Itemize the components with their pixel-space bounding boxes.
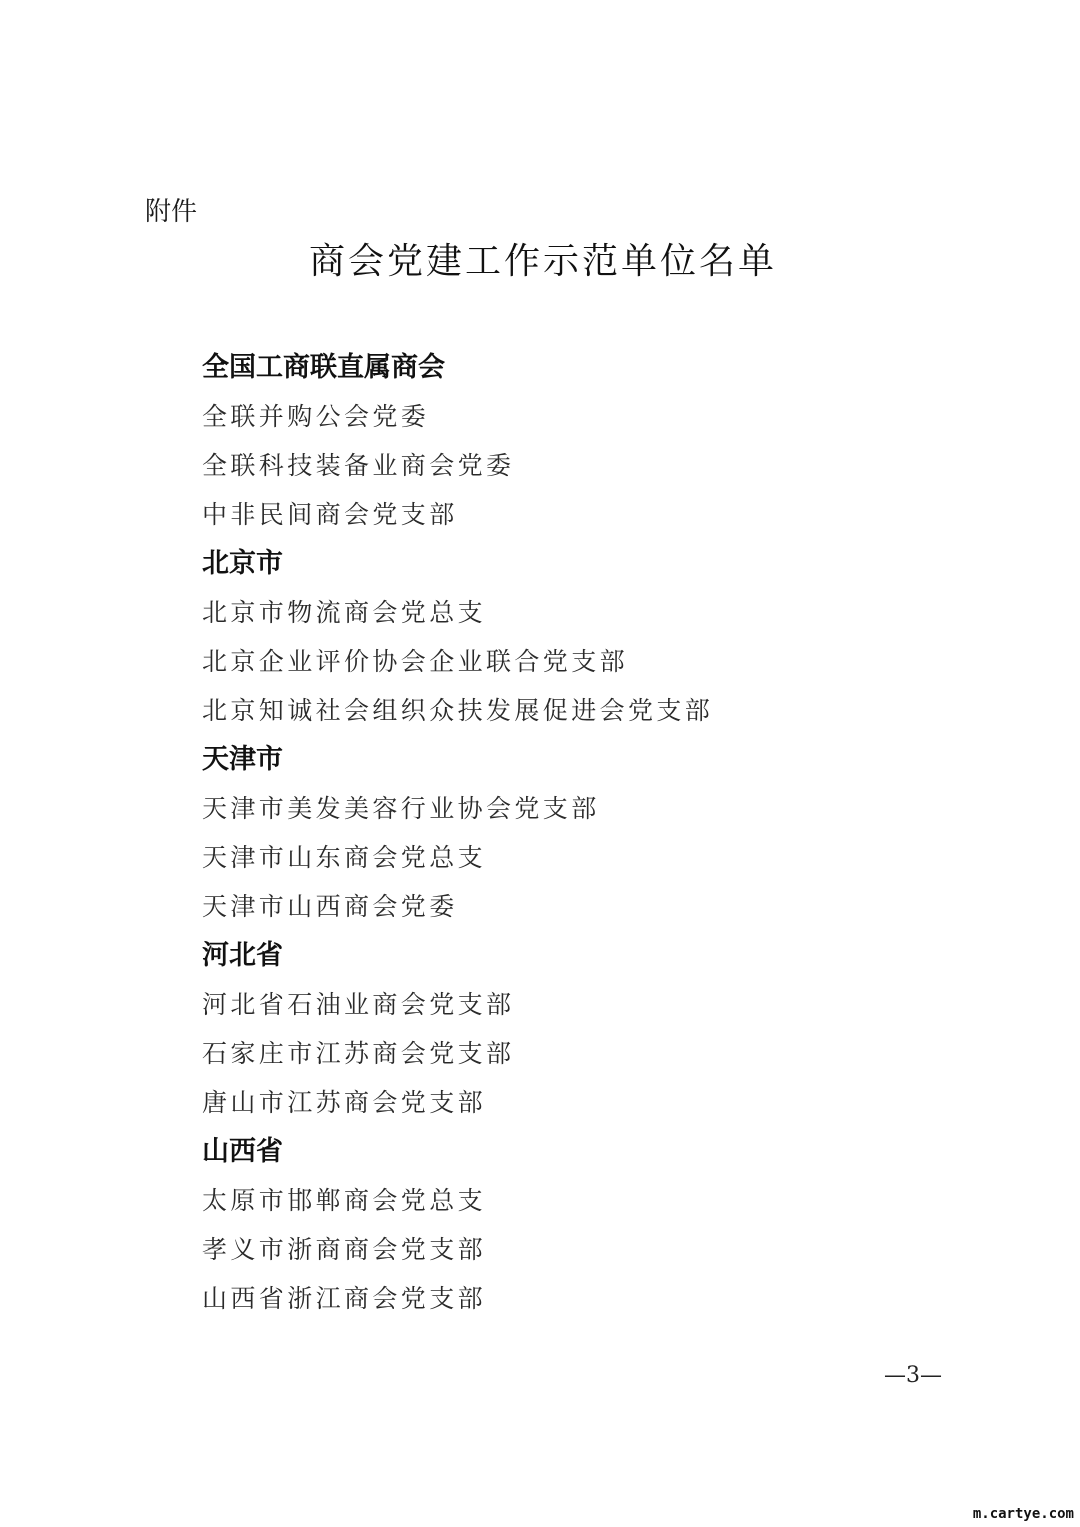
list-item: 北京市物流商会党总支 [202,588,713,637]
list-item: 唐山市江苏商会党支部 [202,1078,713,1127]
list-item: 北京企业评价协会企业联合党支部 [202,637,713,686]
list-item: 全联并购公会党委 [202,392,713,441]
list-item: 河北省石油业商会党支部 [202,980,713,1029]
watermark: m.cartye.com [973,1505,1074,1523]
list-item: 北京知诚社会组织众扶发展促进会党支部 [202,686,713,735]
list-item: 天津市美发美容行业协会党支部 [202,784,713,833]
group-heading-hebei: 河北省 [202,931,713,980]
list-item: 天津市山西商会党委 [202,882,713,931]
group-heading-beijing: 北京市 [202,539,713,588]
group-heading-shanxi: 山西省 [202,1127,713,1176]
group-heading-tianjin: 天津市 [202,735,713,784]
list-item: 石家庄市江苏商会党支部 [202,1029,713,1078]
list-item: 天津市山东商会党总支 [202,833,713,882]
page-number: —3— [884,1361,942,1391]
list-item: 孝义市浙商商会党支部 [202,1225,713,1274]
page-title: 商会党建工作示范单位名单 [0,238,1080,286]
list-item: 山西省浙江商会党支部 [202,1274,713,1323]
list-item: 太原市邯郸商会党总支 [202,1176,713,1225]
unit-list: 全国工商联直属商会 全联并购公会党委 全联科技装备业商会党委 中非民间商会党支部… [202,343,713,1323]
list-item: 全联科技装备业商会党委 [202,441,713,490]
attachment-label: 附件 [145,196,197,228]
list-item: 中非民间商会党支部 [202,490,713,539]
document-page: 附件 商会党建工作示范单位名单 全国工商联直属商会 全联并购公会党委 全联科技装… [0,0,1080,1527]
group-heading-acfic: 全国工商联直属商会 [202,343,713,392]
